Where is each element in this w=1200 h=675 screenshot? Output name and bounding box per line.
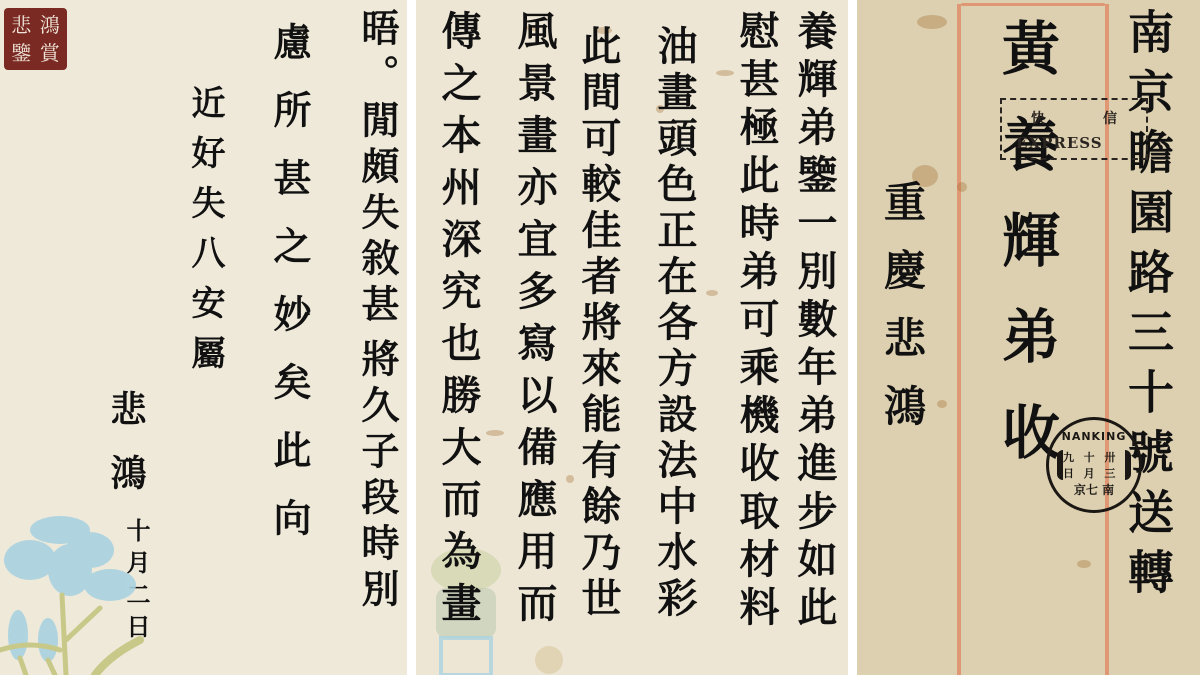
calligraphy-column-3: 近好失八安屬 [188,85,222,385]
calligraphy-column-1: 晤。閒頗失敘甚 將久子段時別 [358,8,396,615]
postmark-month: 十月 [1084,449,1105,481]
letter-page-2: 悲 鴻 鑒 賞 晤。閒頗失敘甚 將久子段時別 慮所甚之妙矣此 向 近好失八安屬 … [0,0,407,675]
envelope-red-line-left [957,4,961,675]
flower-illustration [524,640,574,675]
postmark-office: 京七 南 [1049,481,1139,498]
signature: 悲鴻 [108,390,144,518]
column-text: 晤。閒頗失敘甚 [358,8,396,330]
seal-char: 賞 [36,43,65,63]
calligraphy-column-2: 慮所甚之妙矣此 向 [270,22,308,536]
calligraphy-column-4: 此間可較佳者將來能有餘乃世 [578,25,618,623]
express-stamp: 快 信 EXPRESS [1000,98,1148,160]
recipient-name-text: 黃養輝弟收 [997,18,1055,498]
foxing-stain [716,70,734,76]
column-text: 油畫頭色正在各方設法中水彩 [654,25,694,623]
sender: 重慶悲鴻 [881,180,923,452]
postmark-city: NANKING [1049,430,1139,443]
calligraphy-column-6: 傳之本州深究也勝大而為畫 [438,10,478,634]
postmark-date: 九日 十月 卅三 [1057,450,1131,480]
seal-char: 悲 [7,15,36,35]
foxing-stain [566,475,574,483]
calligraphy-column-1: 養輝弟鑒一別數年弟進步如此 [794,10,834,634]
seal-char: 鑒 [7,43,36,63]
foxing-stain [917,15,947,29]
column-text: 慮所甚之妙矣此 [270,22,308,498]
postmark-year: 卅三 [1104,449,1125,481]
express-stamp-english: EXPRESS [1016,134,1103,152]
express-stamp-chinese: 快 信 [1002,108,1146,128]
letter-page-1: 養輝弟鑒一別數年弟進步如此 慰甚極此時弟可乘機收取材料 油畫頭色正在各方設法中水… [416,0,848,675]
postmark-day: 九日 [1063,449,1084,481]
iris-flower-illustration [0,500,150,675]
calligraphy-column-5: 風景畫亦宜多寫以備應用而 [514,10,554,634]
envelope: 南京瞻園路三十號送轉 黃養輝弟收 重慶悲鴻 快 信 EXPRESS NANKIN… [857,0,1200,675]
envelope-red-line-top [961,3,1105,6]
foxing-stain [706,290,718,296]
signature-text: 悲鴻 [108,390,144,518]
seal-char: 鴻 [36,15,65,35]
column-text: 傳之本州深究也勝大而為畫 [438,10,478,634]
column-text: 風景畫亦宜多寫以備應用而 [514,10,554,634]
column-text: 向 [270,498,308,536]
calligraphy-column-2: 慰甚極此時弟可乘機收取材料 [736,10,776,634]
nanking-postmark: NANKING 九日 十月 卅三 京七 南 [1046,417,1142,513]
foxing-stain [486,430,504,436]
column-text: 將久子段時別 [358,339,396,615]
column-text: 此間可較佳者將來能有餘乃世 [578,25,618,623]
calligraphy-column-3: 油畫頭色正在各方設法中水彩 [654,25,694,623]
column-text: 近好失八安屬 [188,85,222,385]
stamp-char: 快 [1031,108,1045,128]
recipient-name: 黃養輝弟收 [997,18,1055,498]
column-text: 慰甚極此時弟可乘機收取材料 [736,10,776,634]
column-text: 養輝弟鑒一別數年弟進步如此 [794,10,834,634]
stamp-char: 信 [1103,108,1117,128]
sender-text: 重慶悲鴻 [881,180,923,452]
foxing-stain [957,182,967,192]
foxing-stain [1077,560,1091,568]
foxing-stain [937,400,947,408]
collector-seal: 悲 鴻 鑒 賞 [4,8,67,70]
